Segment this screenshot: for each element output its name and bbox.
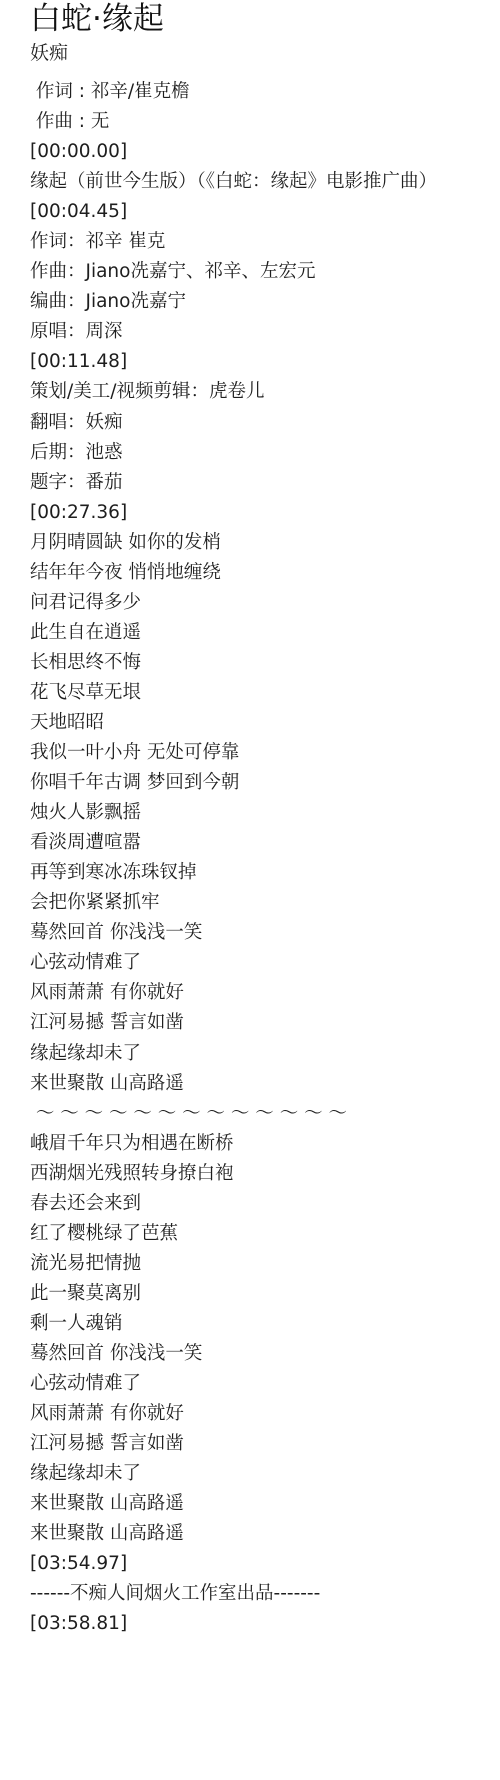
lyric-line: 烛火人影飘摇	[30, 798, 500, 828]
lyric-line: 来世聚散 山高路遥	[30, 1069, 500, 1099]
lyrics-page: 白蛇·缘起 妖痴 作词 : 祁辛/崔克檐 作曲 : 无 [00:00.00] 缘…	[30, 0, 500, 1639]
song-artist: 妖痴	[30, 41, 500, 65]
lyric-line: 长相思终不悔	[30, 648, 500, 678]
lyric-line: 此生自在逍遥	[30, 618, 500, 648]
lyric-line: 作曲：Jiano冼嘉宁、祁辛、左宏元	[30, 257, 500, 287]
lyric-line: 缘起（前世今生版）（《白蛇：缘起》电影推广曲）	[30, 167, 500, 197]
lyric-line: 缘起缘却未了	[30, 1039, 500, 1069]
lyric-timestamp: [03:54.97]	[30, 1549, 500, 1579]
lyric-line: 再等到寒冰冻珠钗掉	[30, 858, 500, 888]
lyric-line: 江河易撼 誓言如凿	[30, 1429, 500, 1459]
lyric-line: 月阴晴圆缺 如你的发梢	[30, 528, 500, 558]
lyric-line: 蓦然回首 你浅浅一笑	[30, 918, 500, 948]
lyric-line: 来世聚散 山高路遥	[30, 1489, 500, 1519]
lyric-timestamp: [00:00.00]	[30, 137, 500, 167]
lyric-timestamp: [00:04.45]	[30, 197, 500, 227]
lyric-line: 原唱：周深	[30, 317, 500, 347]
lyric-line: 西湖烟光残照转身撩白袍	[30, 1159, 500, 1189]
lyric-line: 策划/美工/视频剪辑：虎卷儿	[30, 377, 500, 407]
lyric-line: 天地昭昭	[30, 708, 500, 738]
lyric-line: 来世聚散 山高路遥	[30, 1519, 500, 1549]
lyric-line: 看淡周遭喧嚣	[30, 828, 500, 858]
lyric-line: 作词 : 祁辛/崔克檐	[30, 77, 500, 107]
lyric-line: 我似一叶小舟 无处可停靠	[30, 738, 500, 768]
lyric-line: 蓦然回首 你浅浅一笑	[30, 1339, 500, 1369]
lyric-timestamp: [00:27.36]	[30, 498, 500, 528]
lyric-timestamp: [03:58.81]	[30, 1609, 500, 1639]
lyric-line: 结年年今夜 悄悄地缠绕	[30, 558, 500, 588]
lyrics-body: 作词 : 祁辛/崔克檐 作曲 : 无 [00:00.00] 缘起（前世今生版）（…	[30, 77, 500, 1639]
lyric-line: 春去还会来到	[30, 1189, 500, 1219]
lyric-line: 剩一人魂销	[30, 1309, 500, 1339]
lyric-line: 此一聚莫离别	[30, 1279, 500, 1309]
lyric-credit: ------不痴人间烟火工作室出品-------	[30, 1579, 500, 1609]
lyric-line: 作曲 : 无	[30, 107, 500, 137]
lyric-line: 作词：祁辛 崔克	[30, 227, 500, 257]
lyric-line: 风雨萧萧 有你就好	[30, 1399, 500, 1429]
lyric-line: 红了樱桃绿了芭蕉	[30, 1219, 500, 1249]
lyric-timestamp: [00:11.48]	[30, 347, 500, 377]
song-title: 白蛇·缘起	[30, 0, 500, 37]
lyric-line: 峨眉千年只为相遇在断桥	[30, 1129, 500, 1159]
lyric-line: 风雨萧萧 有你就好	[30, 978, 500, 1008]
lyric-line: 问君记得多少	[30, 588, 500, 618]
lyric-line: 心弦动情难了	[30, 948, 500, 978]
lyric-line: 流光易把情抛	[30, 1249, 500, 1279]
lyric-line: 题字：番茄	[30, 468, 500, 498]
lyric-divider: ～ ～ ～ ～ ～ ～ ～ ～ ～ ～ ～ ～ ～	[30, 1099, 500, 1129]
lyric-line: 缘起缘却未了	[30, 1459, 500, 1489]
lyric-line: 翻唱：妖痴	[30, 408, 500, 438]
lyric-line: 编曲：Jiano冼嘉宁	[30, 287, 500, 317]
lyric-line: 花飞尽草无垠	[30, 678, 500, 708]
lyric-line: 后期：池惑	[30, 438, 500, 468]
lyric-line: 会把你紧紧抓牢	[30, 888, 500, 918]
lyric-line: 江河易撼 誓言如凿	[30, 1008, 500, 1038]
lyric-line: 心弦动情难了	[30, 1369, 500, 1399]
lyric-line: 你唱千年古调 梦回到今朝	[30, 768, 500, 798]
